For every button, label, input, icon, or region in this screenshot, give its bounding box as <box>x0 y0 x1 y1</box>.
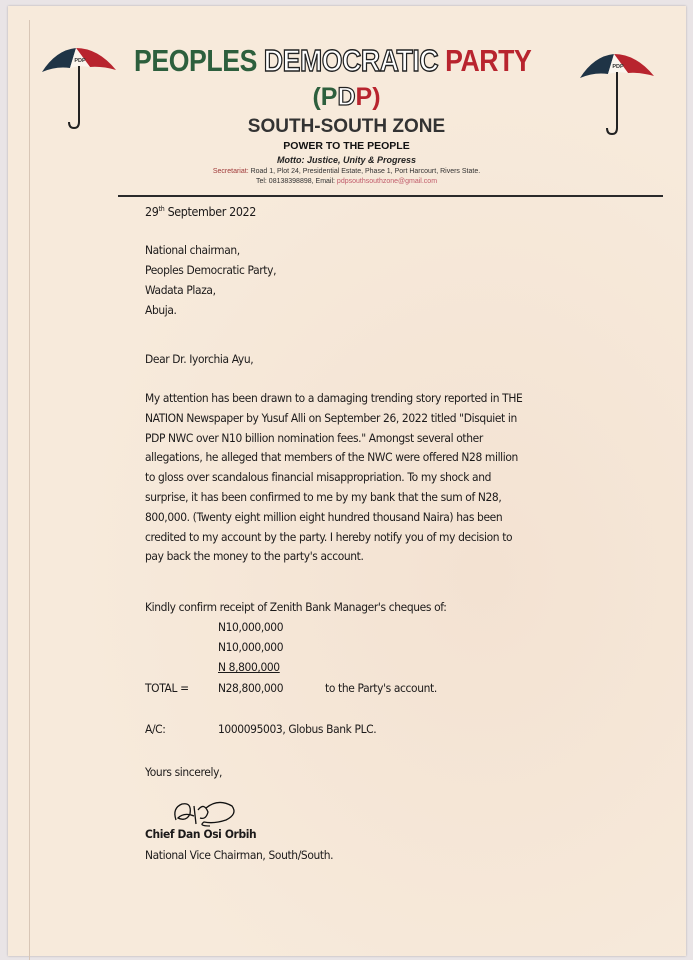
total-label: TOTAL = <box>145 681 189 695</box>
total-suffix: to the Party's account. <box>325 681 437 695</box>
paragraph-line: NATION Newspaper by Yusuf Alli on Septem… <box>145 409 610 429</box>
secretariat-text: Road 1, Plot 24, Presidential Estate, Ph… <box>251 168 481 175</box>
cheque-amount: N10,000,000 <box>218 640 283 654</box>
party-name-party: PARTY <box>445 43 531 78</box>
motto: Motto: Justice, Unity & Progress <box>0 155 693 165</box>
tel-text: Tel: 08138398898, Email: <box>256 178 335 185</box>
party-name-democratic: DEMOCRATIC <box>264 43 438 78</box>
paragraph-line: 800,000. (Twenty eight million eight hun… <box>145 508 610 528</box>
email-text: pdpsouthsouthzone@gmail.com <box>337 178 437 185</box>
svg-text:PDP: PDP <box>74 58 86 64</box>
paragraph-line: allegations, he alleged that members of … <box>145 448 610 468</box>
cheques-intro: Kindly confirm receipt of Zenith Bank Ma… <box>145 600 447 614</box>
party-acronym: (PDP) <box>0 83 693 112</box>
account-label: A/C: <box>145 722 166 736</box>
date-day: 29 <box>145 205 158 219</box>
body-paragraph: My attention has been drawn to a damagin… <box>145 389 610 567</box>
letterhead-divider <box>118 195 663 197</box>
secretariat-address: Secretariat: Road 1, Plot 24, Presidenti… <box>0 168 693 175</box>
acronym-p: (P <box>312 83 337 111</box>
recipient-address: National chairman, Peoples Democratic Pa… <box>145 240 276 320</box>
address-line: Abuja. <box>145 300 276 320</box>
zone-heading: SOUTH-SOUTH ZONE <box>0 116 693 138</box>
letter-date: 29th September 2022 <box>145 205 256 219</box>
party-name-heading: PEOPLESDEMOCRATICPARTY <box>134 43 531 79</box>
secretariat-label: Secretariat: <box>213 168 249 175</box>
signatory-title: National Vice Chairman, South/South. <box>145 848 333 862</box>
contact-line: Tel: 08138398898, Email: pdpsouthsouthzo… <box>0 178 693 185</box>
closing: Yours sincerely, <box>145 765 222 779</box>
svg-text:PDP: PDP <box>612 64 624 70</box>
paragraph-line: PDP NWC over N10 billion nomination fees… <box>145 429 610 449</box>
total-value: N28,800,000 <box>218 681 283 695</box>
paragraph-line: credited to my account by the party. I h… <box>145 528 610 548</box>
salutation: Dear Dr. Iyorchia Ayu, <box>145 352 253 366</box>
account-value: 1000095003, Globus Bank PLC. <box>218 722 376 736</box>
acronym-p2: P) <box>356 83 381 111</box>
signature-image <box>170 796 240 830</box>
address-line: Wadata Plaza, <box>145 280 276 300</box>
paragraph-line: pay back the money to the party's accoun… <box>145 547 610 567</box>
address-line: Peoples Democratic Party, <box>145 260 276 280</box>
acronym-d: D <box>337 83 355 111</box>
party-name-peoples: PEOPLES <box>134 43 257 78</box>
signatory-name: Chief Dan Osi Orbih <box>145 827 256 841</box>
cheque-amount: N10,000,000 <box>218 620 283 634</box>
date-rest: September 2022 <box>164 205 256 219</box>
paragraph-line: to gloss over scandalous financial misap… <box>145 468 610 488</box>
address-line: National chairman, <box>145 240 276 260</box>
slogan: POWER TO THE PEOPLE <box>0 140 693 152</box>
paragraph-line: surprise, it has been confirmed to me by… <box>145 488 610 508</box>
paragraph-line: My attention has been drawn to a damagin… <box>145 389 610 409</box>
cheque-amount: N 8,800,000 <box>218 660 280 674</box>
